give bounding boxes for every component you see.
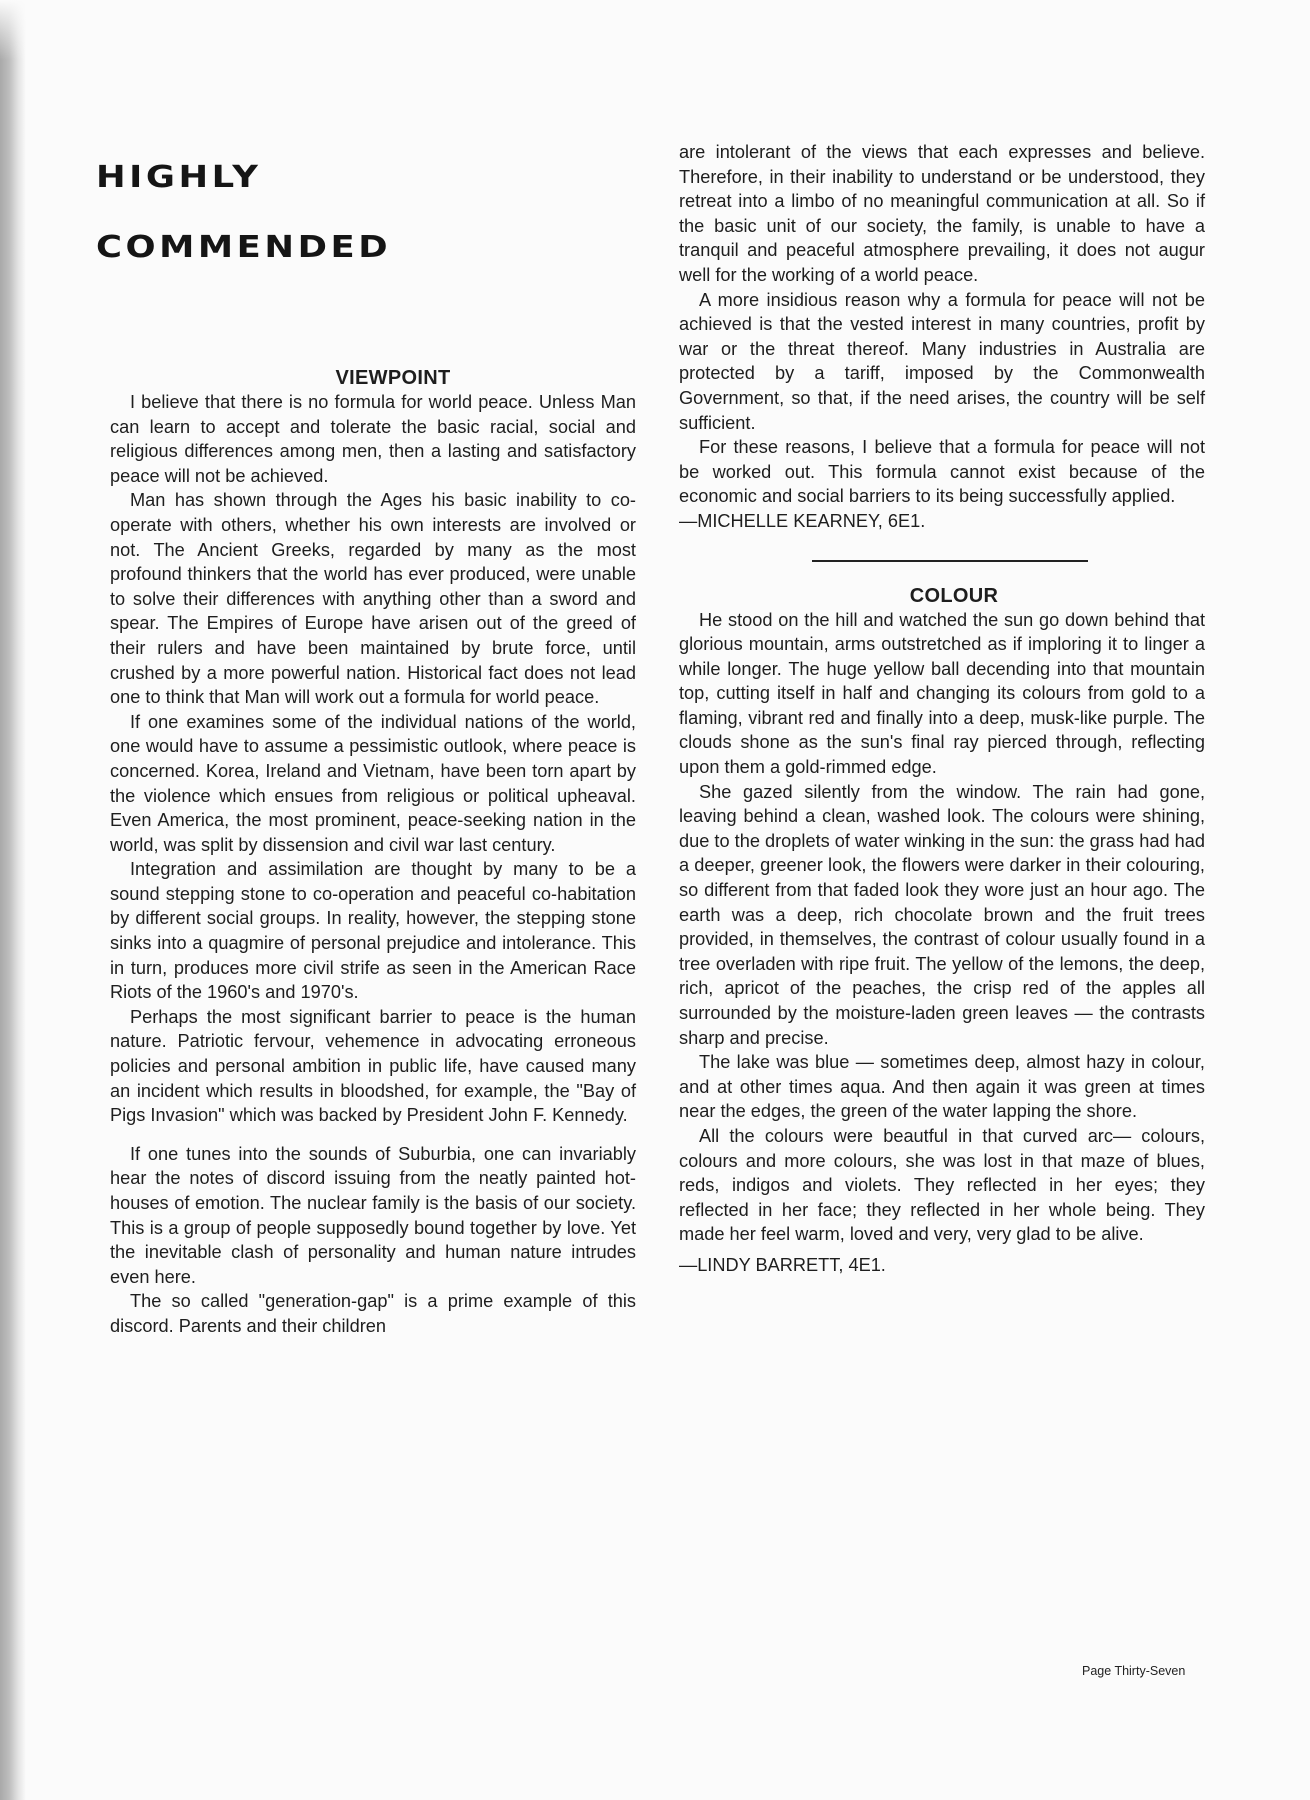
column-right: are intolerant of the views that each ex…	[679, 140, 1205, 1278]
page-number: Page Thirty-Seven	[1082, 1664, 1185, 1678]
column-left: VIEWPOINT I believe that there is no for…	[110, 366, 636, 1339]
viewpoint-paragraph: I believe that there is no formula for w…	[110, 390, 636, 488]
colour-paragraph: All the colours were beautful in that cu…	[679, 1124, 1205, 1247]
viewpoint-paragraph: Man has shown through the Ages his basic…	[110, 488, 636, 709]
viewpoint-paragraph-continued: are intolerant of the views that each ex…	[679, 140, 1205, 288]
viewpoint-paragraph: Integration and assimilation are thought…	[110, 857, 636, 1005]
viewpoint-paragraph: Perhaps the most significant barrier to …	[110, 1005, 636, 1128]
heading-commended: COMMENDED	[96, 230, 391, 265]
viewpoint-paragraph: If one examines some of the individual n…	[110, 710, 636, 858]
viewpoint-title: VIEWPOINT	[110, 366, 636, 390]
viewpoint-paragraph: If one tunes into the sounds of Suburbia…	[110, 1142, 636, 1290]
colour-paragraph: She gazed silently from the window. The …	[679, 780, 1205, 1051]
colour-title: COLOUR	[679, 584, 1205, 608]
binding-shadow-fade	[0, 0, 26, 60]
section-divider	[812, 560, 1088, 562]
viewpoint-paragraph: For these reasons, I believe that a form…	[679, 435, 1205, 509]
heading-highly: HIGHLY	[96, 160, 261, 195]
colour-author: —LINDY BARRETT, 4E1.	[679, 1253, 1205, 1278]
viewpoint-paragraph: The so called "generation-gap" is a prim…	[110, 1289, 636, 1338]
binding-shadow	[0, 0, 26, 1800]
viewpoint-author: —MICHELLE KEARNEY, 6E1.	[679, 509, 1205, 534]
colour-paragraph: The lake was blue — sometimes deep, almo…	[679, 1050, 1205, 1124]
colour-paragraph: He stood on the hill and watched the sun…	[679, 608, 1205, 780]
viewpoint-paragraph: A more insidious reason why a formula fo…	[679, 288, 1205, 436]
